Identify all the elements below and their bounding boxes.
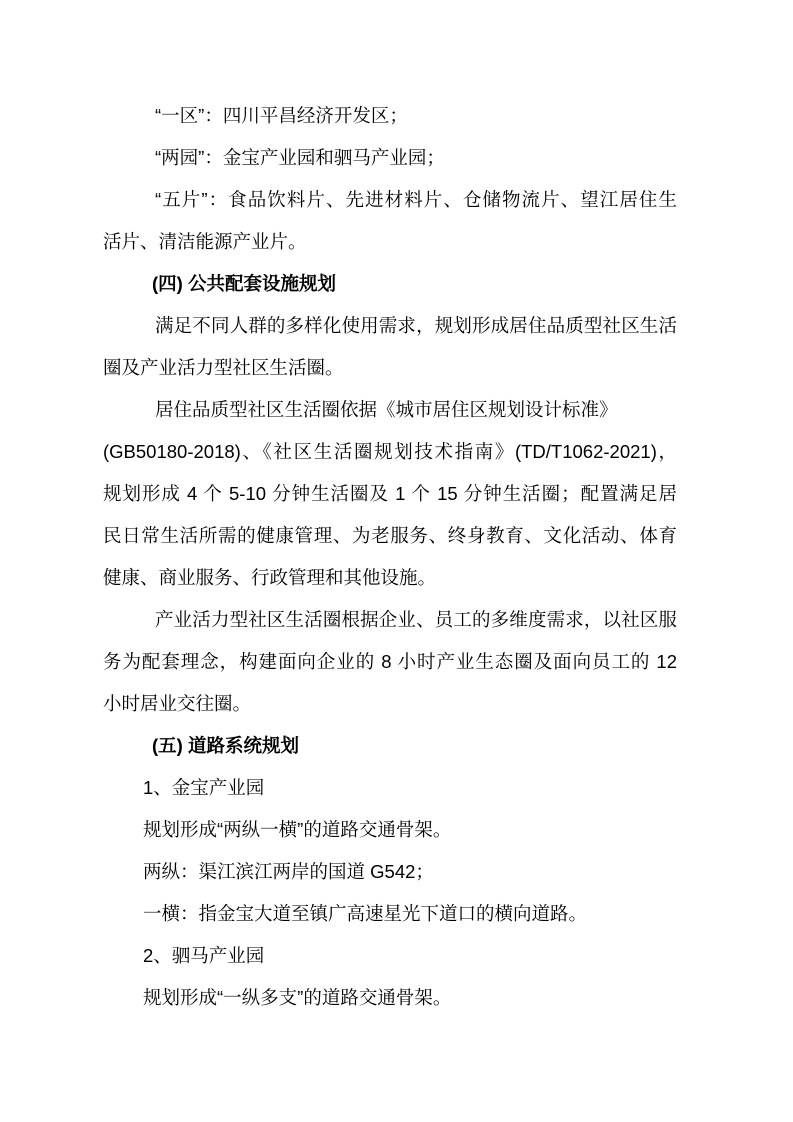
text-line: 小时居业交往圈。 <box>103 683 677 725</box>
text-line: 两纵：渠江滨江两岸的国道 G542； <box>103 851 677 893</box>
text-line: 活片、清洁能源产业片。 <box>103 221 677 263</box>
text-line: 产业活力型社区生活圈根据企业、员工的多维度需求，以社区服 <box>103 599 677 641</box>
text-line: 1、金宝产业园 <box>103 767 677 809</box>
text-line: “一区”：四川平昌经济开发区； <box>103 95 677 137</box>
text-line: 一横：指金宝大道至镇广高速星光下道口的横向道路。 <box>103 893 677 935</box>
text-line: 务为配套理念，构建面向企业的 8 小时产业生态圈及面向员工的 12 <box>103 641 677 683</box>
text-line: 满足不同人群的多样化使用需求，规划形成居住品质型社区生活 <box>103 305 677 347</box>
text-line: “两园”：金宝产业园和驷马产业园； <box>103 137 677 179</box>
text-line: 2、驷马产业园 <box>103 935 677 977</box>
section-heading: (四) 公共配套设施规划 <box>103 263 677 305</box>
text-line: 规划形成“两纵一横”的道路交通骨架。 <box>103 809 677 851</box>
text-line: 居住品质型社区生活圈依据《城市居住区规划设计标准》 <box>103 389 677 431</box>
text-line: “五片”：食品饮料片、先进材料片、仓储物流片、望江居住生 <box>103 179 677 221</box>
text-line: 民日常生活所需的健康管理、为老服务、终身教育、文化活动、体育 <box>103 515 677 557</box>
document-body: { "page": { "background_color": "#ffffff… <box>0 0 793 1122</box>
text-line: 规划形成“一纵多支”的道路交通骨架。 <box>103 977 677 1019</box>
text-line: 健康、商业服务、行政管理和其他设施。 <box>103 557 677 599</box>
text-line: 圈及产业活力型社区生活圈。 <box>103 347 677 389</box>
text-line: (GB50180-2018)、《社区生活圈规划技术指南》(TD/T1062-20… <box>103 431 677 473</box>
document-page: “一区”：四川平昌经济开发区；“两园”：金宝产业园和驷马产业园；“五片”：食品饮… <box>0 0 793 1122</box>
text-line: 规划形成 4 个 5-10 分钟生活圈及 1 个 15 分钟生活圈；配置满足居 <box>103 473 677 515</box>
section-heading: (五) 道路系统规划 <box>103 725 677 767</box>
